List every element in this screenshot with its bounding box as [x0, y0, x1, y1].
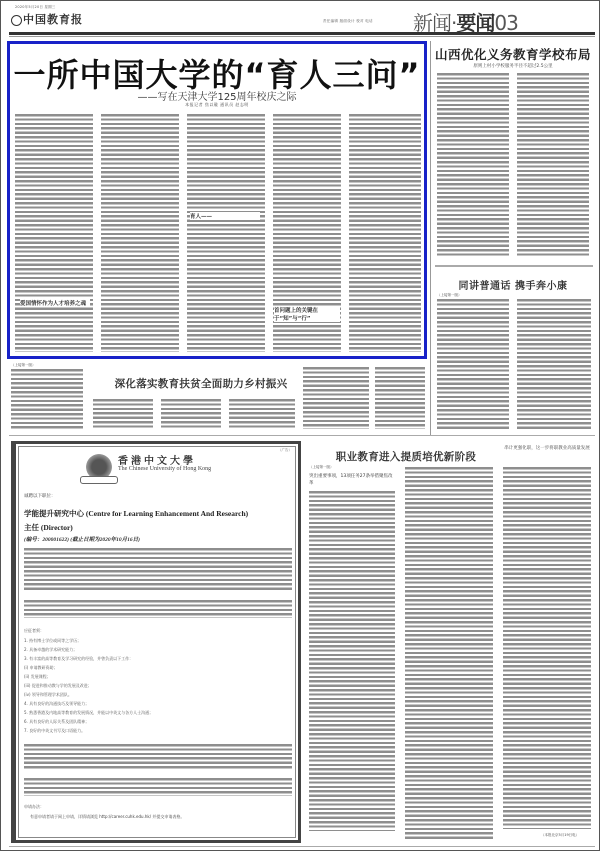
application-text[interactable]: 有意申请者请于网上申请，详情请浏览 http://career.cuhk.edu… [30, 814, 292, 820]
lead-column-3 [187, 114, 265, 352]
right-mid-column-1 [437, 299, 509, 429]
ad-role: 主任 (Director) [24, 522, 73, 533]
paper-logo: 中国教育报 [11, 11, 83, 27]
requirement-item: (iii) 促进和推动教与学的发展及改进； [24, 683, 294, 692]
requirement-item: 6. 具有良好的人际关系及团队精神； [24, 719, 294, 728]
lead-subhead: 育人—— [190, 212, 260, 220]
masthead: 2020年5月20日 星期三 中国教育报 责任编辑 版面设计 校对 电话 新闻·… [1, 1, 600, 35]
ad-paragraph-2 [24, 600, 292, 618]
band-title[interactable]: 深化落实教育扶贫全面助力乡村振兴 [101, 376, 301, 391]
requirement-item: 3. 有丰富的高等教育及学习研究的经验，并曾负责以下工作： [24, 656, 294, 665]
lead-column-1 [15, 114, 93, 352]
requirement-item: (i) 申请教研资助； [24, 665, 294, 674]
vocational-column-2 [405, 467, 493, 839]
ad-paragraph-4 [24, 778, 292, 796]
lead-subhead: 首问题上的关键在于“知”与“行” [274, 306, 340, 322]
recruitment-ad[interactable]: （广告） 香港中文大學 The Chinese University of Ho… [11, 441, 301, 843]
band-column-2 [93, 399, 153, 429]
requirement-item: 2. 具备卓越的学术研究能力； [24, 647, 294, 656]
section-divider [435, 265, 593, 267]
band-tag: （上接第一版） [11, 363, 36, 368]
ad-invite: 诚聘以下职位： [24, 493, 56, 499]
right-top-article[interactable]: 山西优化义务教育学校布局 原则上村小学校服务半径不超过2.5公里 [431, 41, 595, 261]
university-name-en: The Chinese University of Hong Kong [118, 466, 211, 472]
band-bottom-rule [9, 435, 595, 436]
lead-article[interactable]: 一所中国大学的“育人三问” ——写在天津大学125周年校庆之际 本报记者 焦以璇… [7, 41, 427, 359]
vocational-lead-in: 突出重要事项，13项任务27条举措聚焦改革 [309, 473, 393, 487]
right-top-title[interactable]: 山西优化义务教育学校布局 [431, 45, 595, 63]
logo-ring-icon [11, 15, 22, 26]
requirement-item: 4. 具有良好的沟通技巧及领导能力； [24, 701, 294, 710]
bottom-rule [9, 846, 595, 847]
requirement-item: 1. 持有博士学位或同等之学历； [24, 638, 294, 647]
requirement-item: (iv) 领导和管理学术团队。 [24, 692, 294, 701]
right-top-column-2 [517, 73, 589, 257]
requirements-list: 1. 持有博士学位或同等之学历； 2. 具备卓越的学术研究能力； 3. 有丰富的… [24, 638, 294, 737]
ad-reference: (编号：200001622) (截止日期为2020年10月16日) [24, 535, 140, 543]
band-column-left [11, 369, 83, 429]
newspaper-page: 2020年5月20日 星期三 中国教育报 责任编辑 版面设计 校对 电话 新闻·… [0, 0, 600, 851]
application-label: 申请办法： [24, 804, 44, 810]
vocational-sign-off: （本报北京5月19日电） [541, 833, 579, 838]
ad-position-title: 学能提升研究中心 (Centre for Learning Enhancemen… [24, 508, 248, 519]
requirements-label: 应征者须： [24, 628, 44, 634]
ad-corner-label: （广告） [278, 448, 292, 453]
vocational-side-headline: 串计更强化职，这一步将职教业高质量发展 [503, 445, 591, 452]
lead-column-5 [349, 114, 421, 352]
requirement-item: 5. 熟悉香港及内地高等教育的发展情况，并能以中英文与各方人士沟通； [24, 710, 294, 719]
vocational-column-3 [503, 467, 591, 829]
right-mid-title[interactable]: 同讲普通话 携手奔小康 [431, 277, 595, 292]
band-column-5 [303, 367, 369, 429]
right-mid-tag: （上接第一版） [437, 293, 462, 298]
vocational-column-1 [309, 491, 395, 831]
right-top-subtitle: 原则上村小学校服务半径不超过2.5公里 [431, 63, 595, 69]
band-column-6 [375, 367, 425, 429]
paper-name: 中国教育报 [23, 13, 83, 26]
crest-banner-icon [80, 476, 118, 484]
university-name-cn: 香港中文大學 [118, 452, 196, 467]
vocational-article-title[interactable]: 职业教育进入提质培优新阶段 [311, 449, 501, 464]
date-line: 2020年5月20日 星期三 [15, 5, 56, 10]
requirement-item: (ii) 发展课程； [24, 674, 294, 683]
vocational-tag: （上接第一版） [309, 465, 334, 470]
lead-article-subtitle: ——写在天津大学125周年校庆之际 [10, 88, 424, 103]
editors-line: 责任编辑 版面设计 校对 电话 [323, 19, 373, 24]
ad-paragraph-1 [24, 548, 292, 592]
masthead-rule-thin [9, 36, 595, 37]
ad-paragraph-3 [24, 744, 292, 770]
masthead-rule [9, 32, 595, 35]
band-column-3 [161, 399, 221, 429]
lead-article-byline: 本报记者 焦以璇 通讯员 赵志明 [10, 102, 424, 108]
band-column-4 [229, 399, 295, 429]
lead-subhead: 爱国情怀作为人才培养之魂 [20, 299, 90, 307]
requirement-item: 7. 良好的中英文书写及口语能力。 [24, 728, 294, 737]
right-mid-column-2 [517, 299, 591, 429]
right-top-column-1 [437, 73, 509, 257]
lead-column-2 [101, 114, 179, 352]
